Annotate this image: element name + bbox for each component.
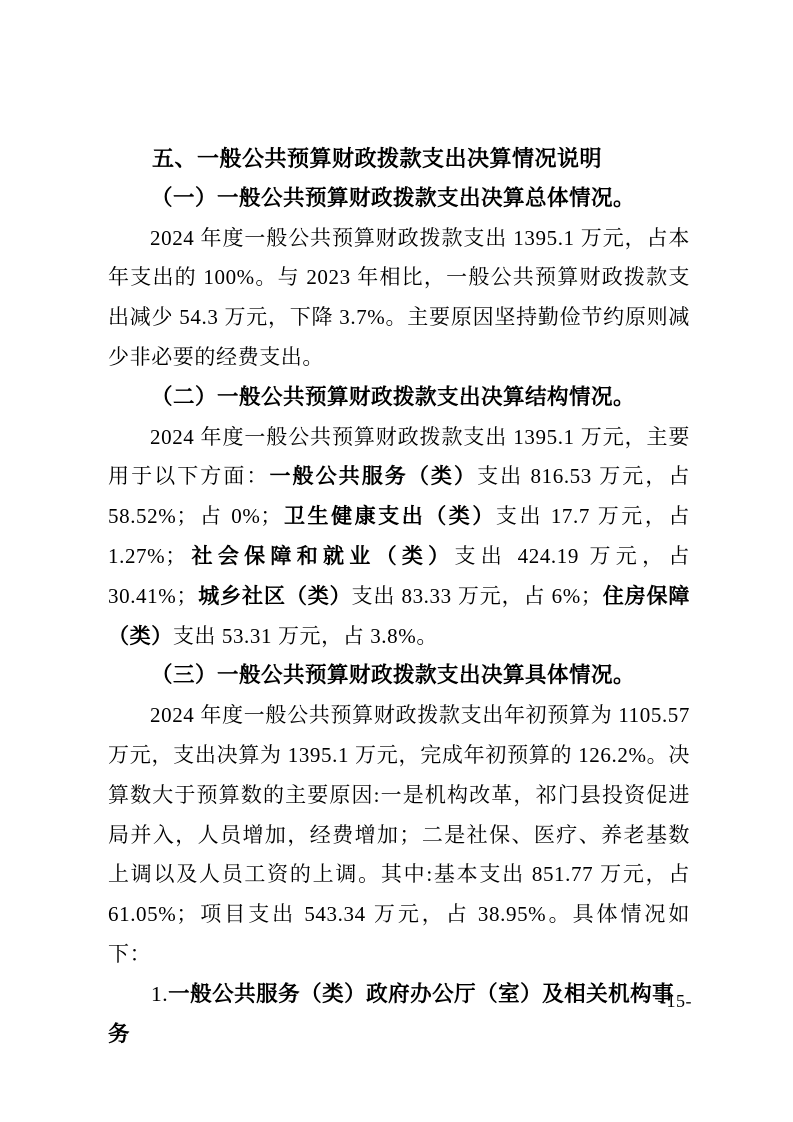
document-content: 五、一般公共预算财政拨款支出决算情况说明 （一）一般公共预算财政拨款支出决算总体… <box>108 139 690 1054</box>
subsection-heading-overall: （一）一般公共预算财政拨款支出决算总体情况。 <box>108 179 690 219</box>
page-number: -15- <box>660 991 692 1012</box>
paragraph-overall-situation: 2024 年度一般公共预算财政拨款支出 1395.1 万元，占本年支出的 100… <box>108 219 690 378</box>
paragraph-structure-situation: 2024 年度一般公共预算财政拨款支出 1395.1 万元，主要用于以下方面：一… <box>108 418 690 657</box>
section-heading-level1: 五、一般公共预算财政拨款支出决算情况说明 <box>108 139 690 179</box>
paragraph-detail-situation: 2024 年度一般公共预算财政拨款支出年初预算为 1105.57 万元，支出决算… <box>108 696 690 975</box>
item-1-heading: 1.一般公共服务（类）政府办公厅（室）及相关机构事务 <box>108 975 690 1055</box>
document-page: 五、一般公共预算财政拨款支出决算情况说明 （一）一般公共预算财政拨款支出决算总体… <box>0 0 793 1122</box>
subsection-heading-detail: （三）一般公共预算财政拨款支出决算具体情况。 <box>108 656 690 696</box>
subsection-heading-structure: （二）一般公共预算财政拨款支出决算结构情况。 <box>108 378 690 418</box>
